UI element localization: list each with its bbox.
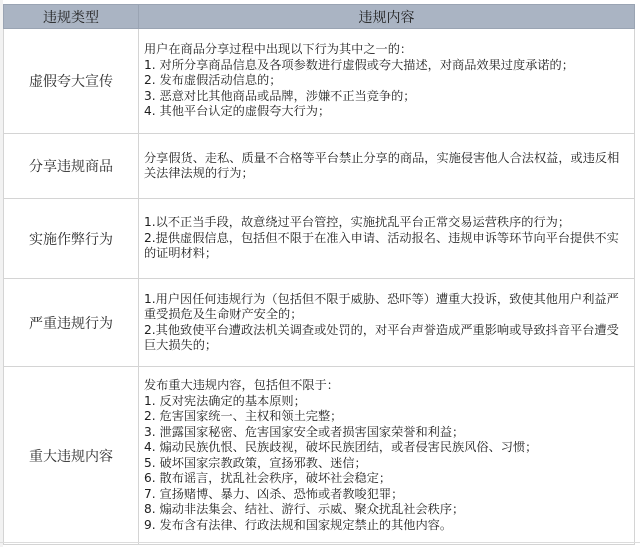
content-line: 6. 散布谣言，扰乱社会秩序，破坏社会稳定； bbox=[144, 471, 630, 487]
content-line: 2.其他致使平台遭政法机关调查或处罚的，对平台声誉造成严重影响或导致抖音平台遭受… bbox=[144, 323, 630, 354]
header-violation-content: 违规内容 bbox=[139, 5, 635, 29]
violation-table: 违规类型 违规内容 虚假夸大宣传用户在商品分享过程中出现以下行为其中之一的：1.… bbox=[3, 4, 635, 545]
violation-type-cell: 严重违规行为 bbox=[4, 279, 139, 367]
table-row: 严重违规行为1.用户因任何违规行为（包括但不限于威胁、恐吓等）遭重大投诉，致使其… bbox=[4, 279, 635, 367]
content-line: 3. 恶意对比其他商品或品牌，涉嫌不正当竞争的； bbox=[144, 89, 630, 105]
content-line: 7. 宣扬赌博、暴力、凶杀、恐怖或者教唆犯罪； bbox=[144, 487, 630, 503]
violation-content-cell: 发布重大违规内容，包括但不限于：1. 反对宪法确定的基本原则；2. 危害国家统一… bbox=[139, 367, 635, 545]
content-line: 1. 对所分享商品信息及各项参数进行虚假或夸大描述，对商品效果过度承诺的； bbox=[144, 58, 630, 74]
table-header-row: 违规类型 违规内容 bbox=[4, 5, 635, 29]
violation-type-cell: 虚假夸大宣传 bbox=[4, 29, 139, 134]
table-row: 实施作弊行为1.以不正当手段，故意绕过平台管控，实施扰乱平台正常交易运营秩序的行… bbox=[4, 199, 635, 279]
content-line: 用户在商品分享过程中出现以下行为其中之一的： bbox=[144, 42, 630, 58]
content-line: 2. 危害国家统一、主权和领土完整； bbox=[144, 409, 630, 425]
table-row: 虚假夸大宣传用户在商品分享过程中出现以下行为其中之一的：1. 对所分享商品信息及… bbox=[4, 29, 635, 134]
content-line: 8. 煽动非法集会、结社、游行、示威、聚众扰乱社会秩序； bbox=[144, 502, 630, 518]
content-line: 2.提供虚假信息，包括但不限于在准入申请、活动报名、违规申诉等环节向平台提供不实… bbox=[144, 231, 630, 262]
header-violation-type: 违规类型 bbox=[4, 5, 139, 29]
content-line: 发布重大违规内容，包括但不限于： bbox=[144, 378, 630, 394]
violation-type-cell: 分享违规商品 bbox=[4, 134, 139, 199]
content-line: 1.以不正当手段，故意绕过平台管控，实施扰乱平台正常交易运营秩序的行为； bbox=[144, 215, 630, 231]
violation-type-cell: 重大违规内容 bbox=[4, 367, 139, 545]
content-line: 4. 煽动民族仇恨、民族歧视，破坏民族团结，或者侵害民族风俗、习惯； bbox=[144, 440, 630, 456]
content-line: 2. 发布虚假活动信息的； bbox=[144, 73, 630, 89]
content-line: 分享假货、走私、质量不合格等平台禁止分享的商品，实施侵害他人合法权益，或违反相关… bbox=[144, 151, 630, 182]
sheet-bottom-border bbox=[0, 542, 640, 543]
content-line: 1. 反对宪法确定的基本原则； bbox=[144, 394, 630, 410]
content-line: 1.用户因任何违规行为（包括但不限于威胁、恐吓等）遭重大投诉，致使其他用户利益严… bbox=[144, 292, 630, 323]
table-row: 重大违规内容发布重大违规内容，包括但不限于：1. 反对宪法确定的基本原则；2. … bbox=[4, 367, 635, 545]
content-line: 4. 其他平台认定的虚假夸大行为； bbox=[144, 104, 630, 120]
violation-content-cell: 分享假货、走私、质量不合格等平台禁止分享的商品，实施侵害他人合法权益，或违反相关… bbox=[139, 134, 635, 199]
violation-content-cell: 用户在商品分享过程中出现以下行为其中之一的：1. 对所分享商品信息及各项参数进行… bbox=[139, 29, 635, 134]
violation-content-cell: 1.以不正当手段，故意绕过平台管控，实施扰乱平台正常交易运营秩序的行为；2.提供… bbox=[139, 199, 635, 279]
violation-content-cell: 1.用户因任何违规行为（包括但不限于威胁、恐吓等）遭重大投诉，致使其他用户利益严… bbox=[139, 279, 635, 367]
content-line: 3. 泄露国家秘密、危害国家安全或者损害国家荣誉和利益； bbox=[144, 425, 630, 441]
violation-type-cell: 实施作弊行为 bbox=[4, 199, 139, 279]
table-row: 分享违规商品分享假货、走私、质量不合格等平台禁止分享的商品，实施侵害他人合法权益… bbox=[4, 134, 635, 199]
content-line: 9. 发布含有法律、行政法规和国家规定禁止的其他内容。 bbox=[144, 518, 630, 534]
content-line: 5. 破坏国家宗教政策，宣扬邪教、迷信； bbox=[144, 456, 630, 472]
